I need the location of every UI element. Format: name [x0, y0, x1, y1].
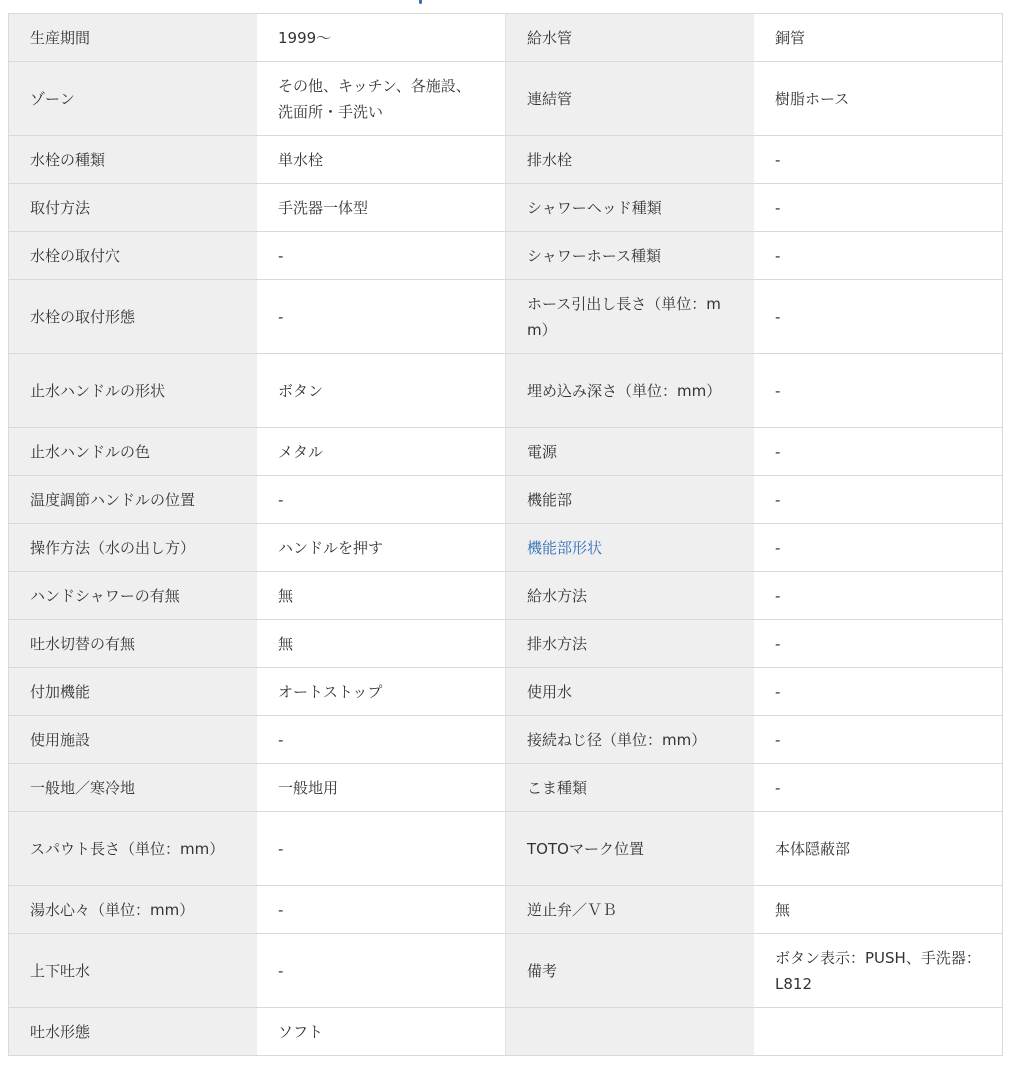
spec-value: オートストップ — [257, 668, 506, 716]
spec-label: 上下吐水 — [9, 934, 258, 1008]
spec-label: 温度調節ハンドルの位置 — [9, 476, 258, 524]
spec-value: - — [257, 812, 506, 886]
spec-label: 付加機能 — [9, 668, 258, 716]
spec-table-body: 生産期間 1999～ 給水管 銅管 ゾーン その他、キッチン、各施設、洗面所・手… — [9, 14, 1003, 1056]
spec-label: 水栓の取付形態 — [9, 280, 258, 354]
spec-label: 接続ねじ径（単位：mm） — [506, 716, 755, 764]
spec-label: 水栓の取付穴 — [9, 232, 258, 280]
spec-value: - — [754, 764, 1003, 812]
spec-value: 一般地用 — [257, 764, 506, 812]
table-row: 使用施設 - 接続ねじ径（単位：mm） - — [9, 716, 1003, 764]
spec-value: - — [257, 934, 506, 1008]
table-row: 止水ハンドルの形状 ボタン 埋め込み深さ（単位：mm） - — [9, 354, 1003, 428]
spec-label: 埋め込み深さ（単位：mm） — [506, 354, 755, 428]
spec-value: 単水栓 — [257, 136, 506, 184]
spec-label: 逆止弁／ＶＢ — [506, 886, 755, 934]
table-row: スパウト長さ（単位：mm） - TOTOマーク位置 本体隠蔽部 — [9, 812, 1003, 886]
spec-value: - — [754, 572, 1003, 620]
spec-label: 止水ハンドルの形状 — [9, 354, 258, 428]
spec-label: 機能部 — [506, 476, 755, 524]
spec-label: 排水栓 — [506, 136, 755, 184]
spec-label: 給水方法 — [506, 572, 755, 620]
spec-value: 無 — [257, 572, 506, 620]
table-row: 水栓の取付形態 - ホース引出し長さ（単位：mm） - — [9, 280, 1003, 354]
spec-value: ハンドルを押す — [257, 524, 506, 572]
spec-value: - — [754, 716, 1003, 764]
spec-value: - — [257, 716, 506, 764]
spec-label: 使用水 — [506, 668, 755, 716]
table-row: 生産期間 1999～ 給水管 銅管 — [9, 14, 1003, 62]
spec-label: ホース引出し長さ（単位：mm） — [506, 280, 755, 354]
spec-label: 湯水心々（単位：mm） — [9, 886, 258, 934]
spec-value: - — [257, 232, 506, 280]
spec-label: 水栓の種類 — [9, 136, 258, 184]
table-row: 温度調節ハンドルの位置 - 機能部 - — [9, 476, 1003, 524]
top-cut-off-link-mark — [419, 0, 422, 4]
table-row: 上下吐水 - 備考 ボタン表示：PUSH、手洗器：L812 — [9, 934, 1003, 1008]
spec-label: TOTOマーク位置 — [506, 812, 755, 886]
function-shape-link[interactable]: 機能部形状 — [527, 539, 602, 557]
table-row: 一般地／寒冷地 一般地用 こま種類 - — [9, 764, 1003, 812]
spec-label: 使用施設 — [9, 716, 258, 764]
spec-value: - — [754, 524, 1003, 572]
spec-label: シャワーヘッド種類 — [506, 184, 755, 232]
table-row: 水栓の取付穴 - シャワーホース種類 - — [9, 232, 1003, 280]
spec-value: - — [754, 232, 1003, 280]
spec-value: - — [754, 184, 1003, 232]
table-row: ハンドシャワーの有無 無 給水方法 - — [9, 572, 1003, 620]
spec-value: - — [754, 428, 1003, 476]
spec-value: 手洗器一体型 — [257, 184, 506, 232]
spec-value: ボタン — [257, 354, 506, 428]
spec-value: - — [754, 476, 1003, 524]
table-row: ゾーン その他、キッチン、各施設、洗面所・手洗い 連結管 樹脂ホース — [9, 62, 1003, 136]
spec-label: 備考 — [506, 934, 755, 1008]
spec-label: 一般地／寒冷地 — [9, 764, 258, 812]
spec-label: 取付方法 — [9, 184, 258, 232]
spec-label: 吐水切替の有無 — [9, 620, 258, 668]
spec-value: - — [754, 354, 1003, 428]
spec-value: ソフト — [257, 1008, 506, 1056]
spec-value: - — [754, 668, 1003, 716]
spec-value: 樹脂ホース — [754, 62, 1003, 136]
spec-label-empty — [506, 1008, 755, 1056]
spec-value: 銅管 — [754, 14, 1003, 62]
spec-table: 生産期間 1999～ 給水管 銅管 ゾーン その他、キッチン、各施設、洗面所・手… — [8, 13, 1003, 1056]
spec-value: その他、キッチン、各施設、洗面所・手洗い — [257, 62, 506, 136]
spec-value: メタル — [257, 428, 506, 476]
table-row: 付加機能 オートストップ 使用水 - — [9, 668, 1003, 716]
spec-value: - — [754, 280, 1003, 354]
spec-label: 排水方法 — [506, 620, 755, 668]
spec-label: シャワーホース種類 — [506, 232, 755, 280]
table-row: 取付方法 手洗器一体型 シャワーヘッド種類 - — [9, 184, 1003, 232]
spec-value: - — [754, 136, 1003, 184]
spec-value: - — [257, 886, 506, 934]
spec-label-link[interactable]: 機能部形状 — [506, 524, 755, 572]
spec-label: ハンドシャワーの有無 — [9, 572, 258, 620]
spec-label: 止水ハンドルの色 — [9, 428, 258, 476]
spec-value: 本体隠蔽部 — [754, 812, 1003, 886]
spec-label: こま種類 — [506, 764, 755, 812]
table-row: 止水ハンドルの色 メタル 電源 - — [9, 428, 1003, 476]
spec-value: ボタン表示：PUSH、手洗器：L812 — [754, 934, 1003, 1008]
spec-label: スパウト長さ（単位：mm） — [9, 812, 258, 886]
table-row: 吐水切替の有無 無 排水方法 - — [9, 620, 1003, 668]
spec-label: ゾーン — [9, 62, 258, 136]
spec-label: 電源 — [506, 428, 755, 476]
spec-value: 無 — [754, 886, 1003, 934]
spec-value-empty — [754, 1008, 1003, 1056]
spec-label: 吐水形態 — [9, 1008, 258, 1056]
spec-value: 1999～ — [257, 14, 506, 62]
spec-label: 生産期間 — [9, 14, 258, 62]
spec-label: 操作方法（水の出し方） — [9, 524, 258, 572]
table-row: 水栓の種類 単水栓 排水栓 - — [9, 136, 1003, 184]
table-row: 湯水心々（単位：mm） - 逆止弁／ＶＢ 無 — [9, 886, 1003, 934]
spec-value: 無 — [257, 620, 506, 668]
table-row: 操作方法（水の出し方） ハンドルを押す 機能部形状 - — [9, 524, 1003, 572]
spec-label: 給水管 — [506, 14, 755, 62]
spec-value: - — [754, 620, 1003, 668]
spec-value: - — [257, 280, 506, 354]
spec-label: 連結管 — [506, 62, 755, 136]
table-row: 吐水形態 ソフト — [9, 1008, 1003, 1056]
spec-value: - — [257, 476, 506, 524]
